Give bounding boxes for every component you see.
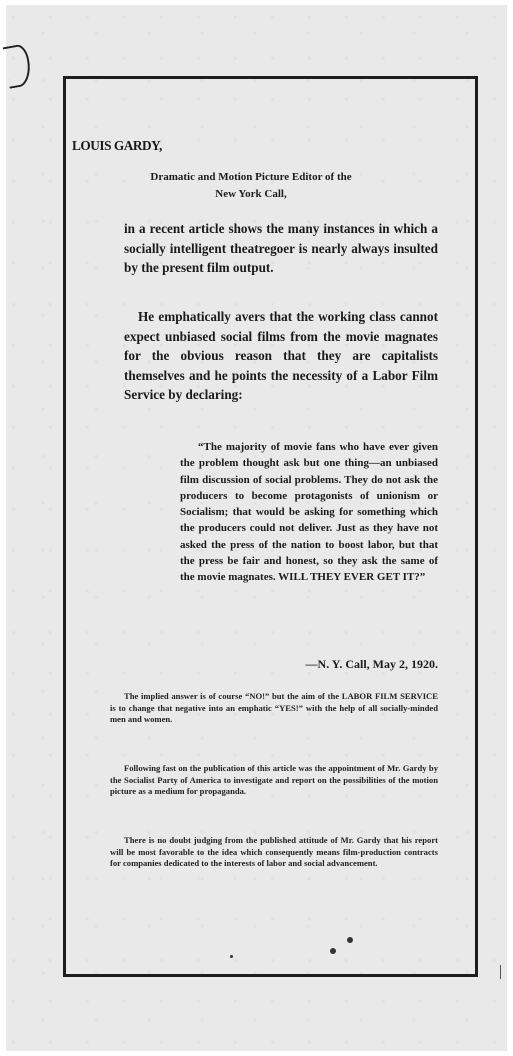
ink-spot: [230, 955, 233, 958]
paragraph-1: in a recent article shows the many insta…: [124, 219, 438, 278]
article-heading: LOUIS GARDY,: [72, 139, 162, 155]
small-paragraph-2: Following fast on the publication of thi…: [110, 763, 438, 798]
paragraph-2: He emphatically avers that the working c…: [124, 307, 438, 405]
quote-source: —N. Y. Call, May 2, 1920.: [266, 657, 438, 672]
scratch-mark: [500, 965, 501, 979]
block-quote: “The majority of movie fans who have eve…: [180, 439, 438, 586]
ink-spot: [330, 948, 336, 954]
subtitle-line-1: Dramatic and Motion Picture Editor of th…: [96, 169, 406, 186]
newspaper-page: LOUIS GARDY, Dramatic and Motion Picture…: [6, 5, 507, 1051]
torn-corner-mark: [3, 43, 34, 89]
article-subtitle: Dramatic and Motion Picture Editor of th…: [96, 169, 406, 203]
ink-spot: [347, 937, 353, 943]
subtitle-line-2: New York Call,: [96, 186, 406, 203]
small-paragraph-3: There is no doubt judging from the publi…: [110, 835, 438, 870]
small-paragraph-1: The implied answer is of course “NO!” bu…: [110, 691, 438, 726]
bordered-article-box: LOUIS GARDY, Dramatic and Motion Picture…: [63, 76, 478, 977]
